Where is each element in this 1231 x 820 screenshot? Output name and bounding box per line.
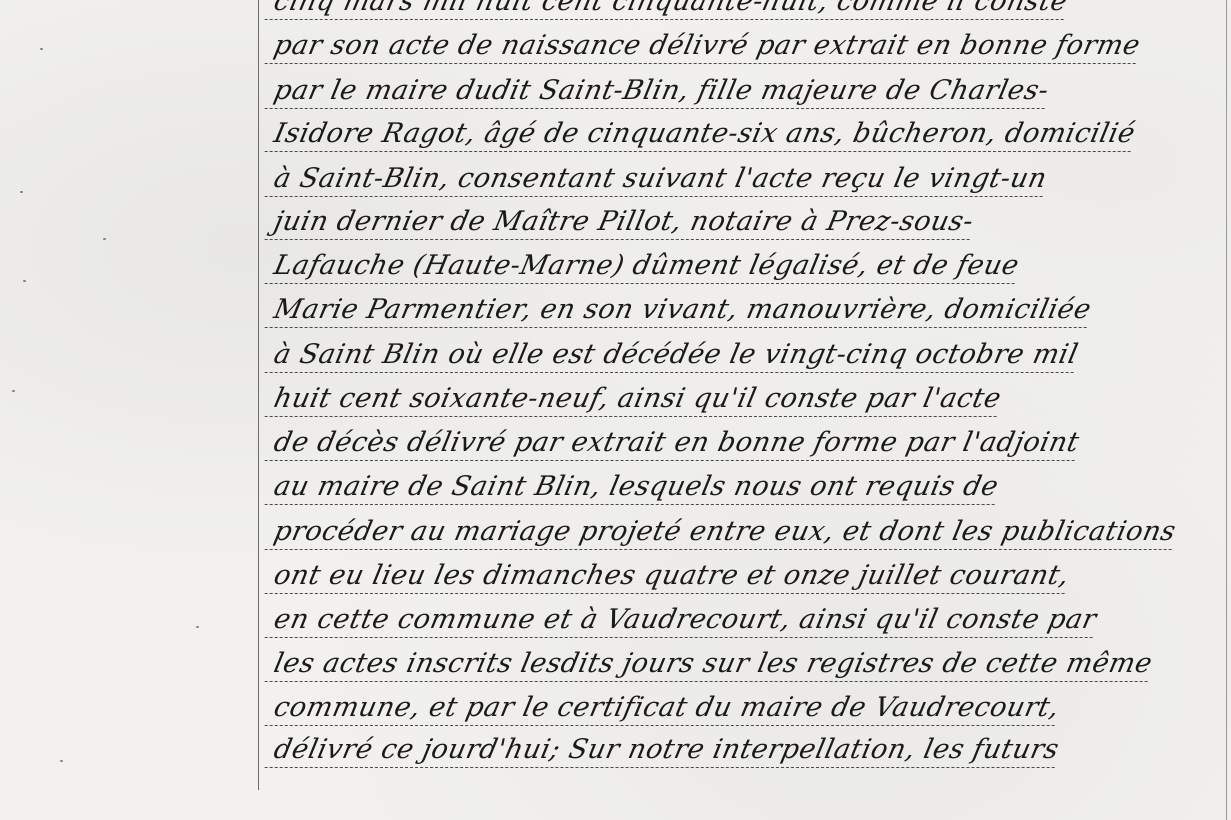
handwritten-line: commune, et par le certificat du maire d… — [262, 692, 1062, 738]
handwritten-line: cinq mars mil huit cent cinquante-huit, … — [262, 0, 1071, 32]
handwritten-line: Lafauche (Haute-Marne) dûment légalisé, … — [262, 250, 1022, 296]
handwritten-line: à Saint Blin où elle est décédée le ving… — [262, 339, 1081, 385]
ink-speck — [196, 626, 199, 628]
ink-speck — [12, 390, 15, 392]
handwritten-line: les actes inscrits lesdits jours sur les… — [262, 648, 1155, 694]
ink-speck — [60, 760, 63, 762]
handwritten-line: huit cent soixante-neuf, ainsi qu'il con… — [262, 383, 1004, 429]
page-edge-rule — [1226, 0, 1227, 820]
handwritten-line: par son acte de naissance délivré par ex… — [262, 30, 1143, 76]
handwritten-line: juin dernier de Maître Pillot, notaire à… — [262, 206, 976, 252]
handwritten-line: Isidore Ragot, âgé de cinquante-six ans,… — [262, 118, 1138, 164]
ink-speck — [23, 280, 26, 282]
handwritten-line: procéder au mariage projeté entre eux, e… — [262, 516, 1179, 562]
ink-speck — [103, 238, 106, 240]
margin-rule — [258, 0, 259, 790]
handwritten-line: au maire de Saint Blin, lesquels nous on… — [262, 471, 1001, 517]
handwritten-line: délivré ce jourd'hui; Sur notre interpel… — [262, 734, 1062, 780]
handwritten-line: en cette commune et à Vaudrecourt, ainsi… — [262, 604, 1099, 650]
handwritten-line: à Saint-Blin, consentant suivant l'acte … — [262, 163, 1050, 209]
ink-speck — [20, 191, 23, 193]
handwritten-line: ont eu lieu les dimanches quatre et onze… — [262, 560, 1072, 606]
ink-speck — [40, 48, 43, 50]
handwritten-line: de décès délivré par extrait en bonne fo… — [262, 427, 1082, 473]
handwritten-line: Marie Parmentier, en son vivant, manouvr… — [262, 294, 1094, 340]
handwritten-line: par le maire dudit Saint-Blin, fille maj… — [262, 75, 1052, 121]
